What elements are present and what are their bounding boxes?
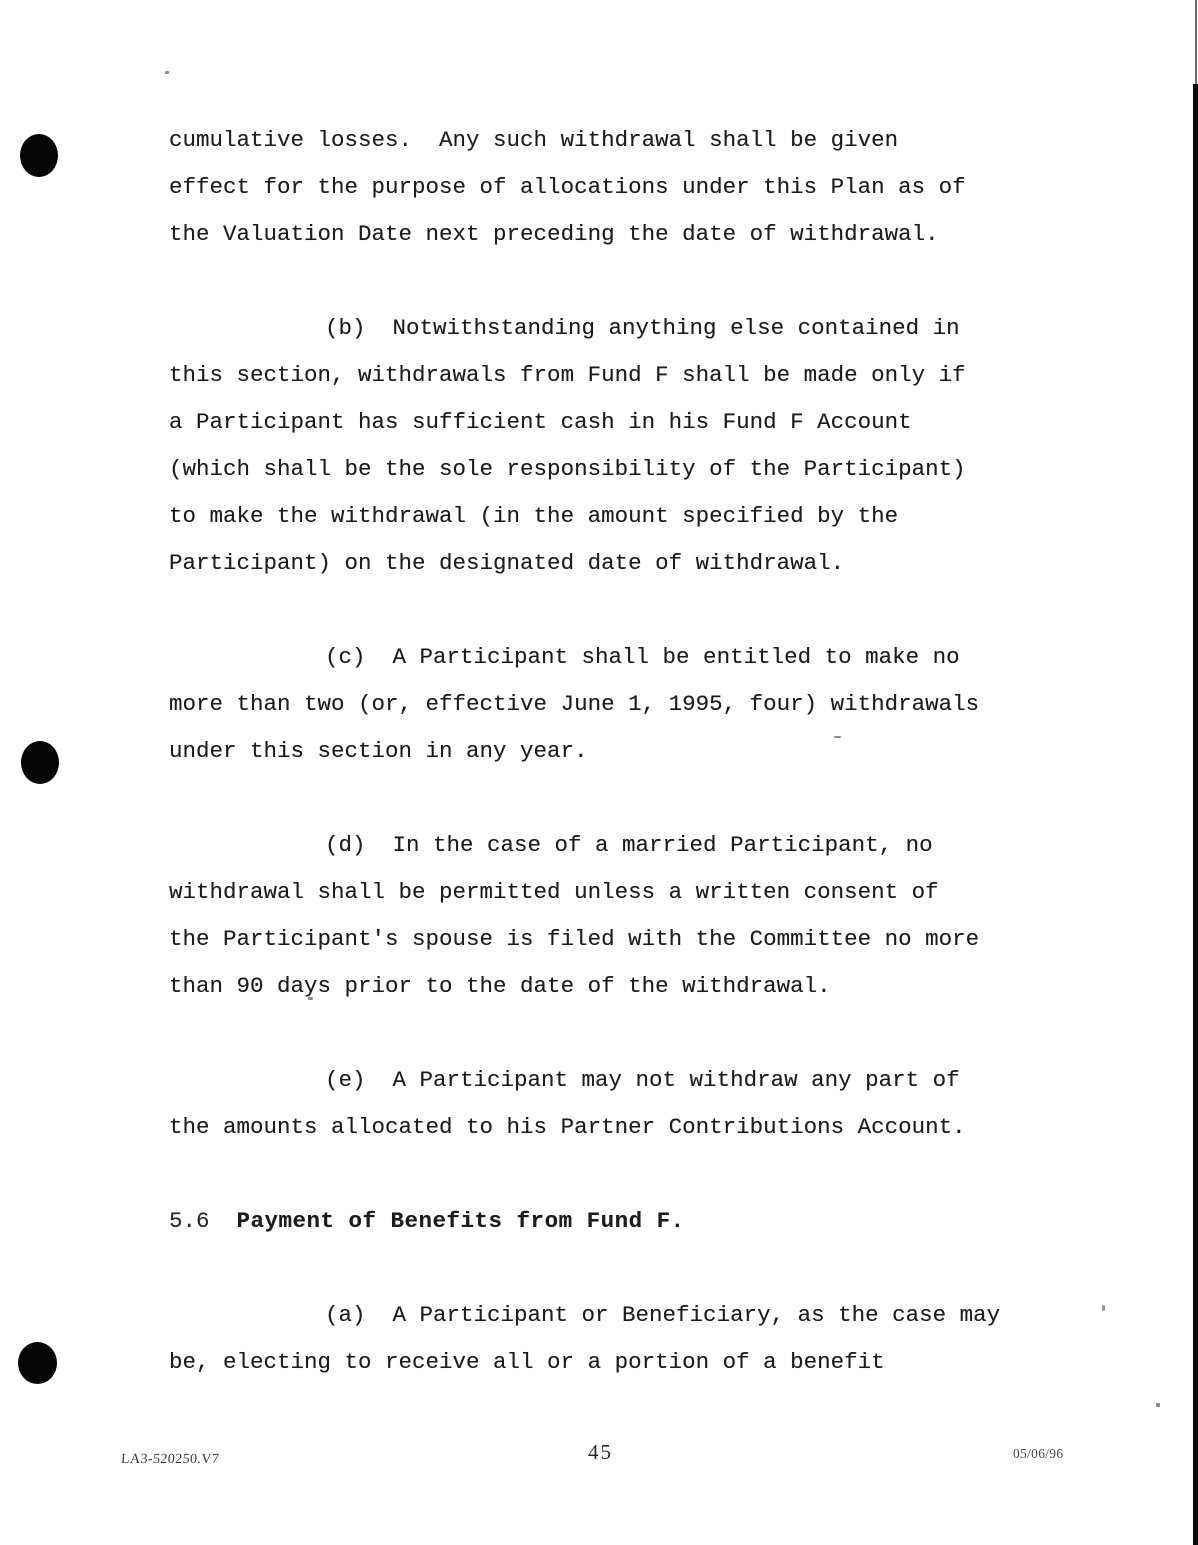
paragraph-c: (c) A Participant shall be entitled to m… — [169, 634, 1000, 775]
hole-punch-icon — [18, 1342, 57, 1384]
paragraph-b: (b) Notwithstanding anything else contai… — [169, 305, 1000, 587]
scan-speck — [1102, 1305, 1105, 1311]
text-line: (a) A Participant or Beneficiary, as the… — [169, 1292, 1000, 1339]
footer-doc-id: LA3-520250.V7 — [120, 1452, 219, 1468]
text-line: the amounts allocated to his Partner Con… — [169, 1104, 1000, 1151]
text-line: more than two (or, effective June 1, 199… — [169, 681, 1000, 728]
text-line: (c) A Participant shall be entitled to m… — [169, 634, 1000, 681]
paragraph-intro: cumulative losses. Any such withdrawal s… — [169, 117, 1000, 258]
section-title: Payment of Benefits from Fund F. — [237, 1208, 685, 1234]
text-line: cumulative losses. Any such withdrawal s… — [169, 117, 1000, 164]
scan-edge-line — [1195, 0, 1197, 84]
paragraph-a: (a) A Participant or Beneficiary, as the… — [169, 1292, 1000, 1386]
section-heading: 5.6Payment of Benefits from Fund F. — [169, 1198, 1000, 1245]
text-line: be, electing to receive all or a portion… — [169, 1339, 1000, 1386]
text-line: (e) A Participant may not withdraw any p… — [169, 1057, 1000, 1104]
text-line: to make the withdrawal (in the amount sp… — [169, 493, 1000, 540]
hole-punch-icon — [21, 741, 59, 784]
text-line: effect for the purpose of allocations un… — [169, 164, 1000, 211]
text-line: (which shall be the sole responsibility … — [169, 446, 1000, 493]
section-number: 5.6 — [169, 1208, 210, 1234]
text-line: the Valuation Date next preceding the da… — [169, 211, 1000, 258]
text-line: than 90 days prior to the date of the wi… — [169, 963, 1000, 1010]
heading-line: 5.6Payment of Benefits from Fund F. — [169, 1198, 1000, 1245]
text-line: withdrawal shall be permitted unless a w… — [169, 869, 1000, 916]
scan-speck — [1156, 1403, 1160, 1407]
document-body: cumulative losses. Any such withdrawal s… — [169, 117, 1000, 1433]
scan-speck — [165, 71, 169, 74]
scanned-document-page: cumulative losses. Any such withdrawal s… — [0, 0, 1198, 1545]
text-line: this section, withdrawals from Fund F sh… — [169, 352, 1000, 399]
paragraph-e: (e) A Participant may not withdraw any p… — [169, 1057, 1000, 1151]
footer-date: 05/06/96 — [1013, 1446, 1063, 1462]
text-line: Participant) on the designated date of w… — [169, 540, 1000, 587]
text-line: the Participant's spouse is filed with t… — [169, 916, 1000, 963]
text-line: a Participant has sufficient cash in his… — [169, 399, 1000, 446]
paragraph-d: (d) In the case of a married Participant… — [169, 822, 1000, 1010]
scan-edge-bar — [1193, 84, 1198, 1545]
text-line: under this section in any year. — [169, 728, 1000, 775]
hole-punch-icon — [20, 134, 58, 177]
footer-page-number: 45 — [588, 1440, 613, 1465]
text-line: (b) Notwithstanding anything else contai… — [169, 305, 1000, 352]
text-line: (d) In the case of a married Participant… — [169, 822, 1000, 869]
